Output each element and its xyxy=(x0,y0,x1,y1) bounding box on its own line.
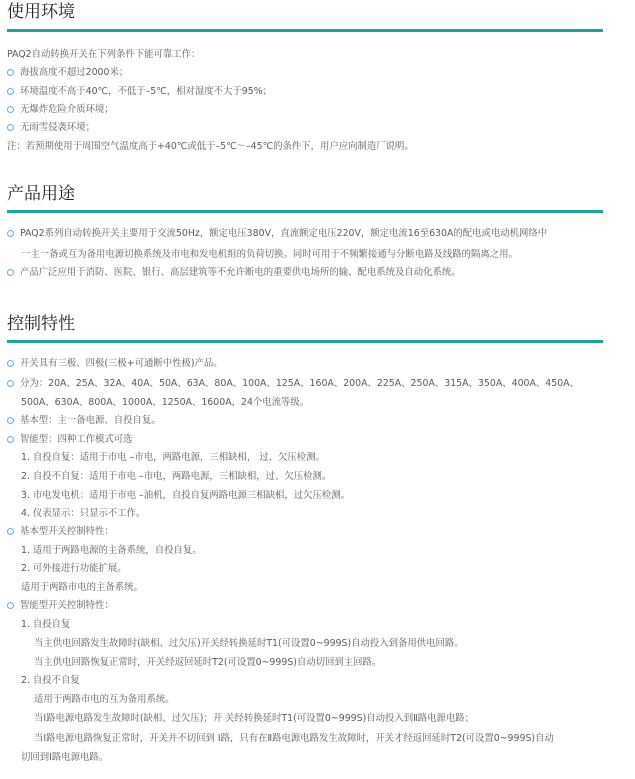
list-item-text: 基本型开关控制特性： xyxy=(20,526,114,537)
list-item: 基本型：主一备电源、自投自复。 xyxy=(7,415,161,427)
circle-bullet-icon xyxy=(7,124,14,131)
circle-bullet-icon xyxy=(7,417,14,424)
circle-bullet-icon xyxy=(7,436,14,443)
list-item-text: 分为：20A、25A、32A、40A、50A、63A、80A、100A、125A… xyxy=(20,378,579,389)
sub-item: 1. 自投自复 xyxy=(21,619,70,631)
sub-item: 2. 自投不自复 xyxy=(21,675,80,687)
list-item-text: PAQ2系列自动转换开关主要用于交流50Hz，额定电压380V，直流额定电压22… xyxy=(20,228,547,239)
section-title: 使用环境 xyxy=(7,2,75,22)
list-item: 智能型开关控制特性： xyxy=(7,600,114,612)
section-divider xyxy=(7,340,603,343)
sub-item-detail: 当Ⅰ路电源电路恢复正常时，开关并不切回到 Ⅰ路，只有在Ⅱ路电源电路发生故障时，开… xyxy=(34,733,554,745)
list-item: 无爆炸危险介质环境； xyxy=(7,104,114,116)
list-item-text: 无雨雪侵袭环境； xyxy=(20,122,95,133)
section-divider xyxy=(7,210,603,213)
list-item: PAQ2系列自动转换开关主要用于交流50Hz，额定电压380V，直流额定电压22… xyxy=(7,228,547,240)
list-item-text: 海拔高度不超过2000米； xyxy=(20,67,128,78)
list-item-text: 无爆炸危险介质环境； xyxy=(20,104,114,115)
sub-item-detail: 当Ⅰ路电源电路发生故障时(缺相、过欠压)；开 关经转换延时T1(可设置0~999… xyxy=(34,713,474,725)
list-item: 无雨雪侵袭环境； xyxy=(7,122,95,134)
circle-bullet-icon xyxy=(7,106,14,113)
list-item-continuation: 一主一备或互为备用电源切换系统及市电和发电机组的负荷切换。同时可用于不频繁接通与… xyxy=(21,249,518,261)
section-title: 产品用途 xyxy=(7,184,75,204)
circle-bullet-icon xyxy=(7,360,14,367)
section-title: 控制特性 xyxy=(7,314,75,334)
sub-item: 2. 可外接进行功能扩展。 xyxy=(21,563,127,575)
sub-item-detail-continuation: 切回到Ⅰ路电源电路。 xyxy=(21,752,108,764)
sub-item: 适用于两路市电的主备系统。 xyxy=(21,582,143,594)
list-item-text: 智能型开关控制特性： xyxy=(20,600,114,611)
circle-bullet-icon xyxy=(7,88,14,95)
note-text: 注：若预期使用于周围空气温度高于+40℃或低于–5℃～–45℃的条件下，用户应向… xyxy=(7,141,414,153)
circle-bullet-icon xyxy=(7,602,14,609)
list-item-text: 产品广泛应用于消防、医院、银行、高层建筑等不允许断电的重要供电场所的输、配电系统… xyxy=(20,267,461,278)
sub-item: 1. 自投自复：适用于市电 –市电，两路电源，三相缺相， 过、欠压检测。 xyxy=(21,452,325,464)
list-item-text: 开关具有三极、四极(三极+可通断中性极)产品。 xyxy=(20,358,223,369)
sub-item: 4. 仪表显示：只显示不工作。 xyxy=(21,508,145,520)
list-item: 开关具有三极、四极(三极+可通断中性极)产品。 xyxy=(7,358,223,370)
sub-item: 3. 市电发电机：适用于市电 –油机，自投自复两路电源三相缺相，过欠压检测。 xyxy=(21,490,350,502)
list-item: 基本型开关控制特性： xyxy=(7,526,114,538)
list-item: 环境温度不高于40℃，不低于–5℃，相对湿度不大于95%； xyxy=(7,86,272,98)
circle-bullet-icon xyxy=(7,69,14,76)
intro-text: PAQ2自动转换开关在下列条件下能可靠工作： xyxy=(7,49,200,61)
circle-bullet-icon xyxy=(7,528,14,535)
list-item: 产品广泛应用于消防、医院、银行、高层建筑等不允许断电的重要供电场所的输、配电系统… xyxy=(7,267,461,279)
sub-item: 2. 自投不自复：适用于市电 –市电，两路电源，三相缺相，过、欠压检测。 xyxy=(21,471,331,483)
section-divider xyxy=(7,29,603,32)
circle-bullet-icon xyxy=(7,230,14,237)
list-item-text: 智能型：四种工作模式可选 xyxy=(20,434,133,445)
sub-item: 1. 适用于两路电源的主备系统，自投自复。 xyxy=(21,545,202,557)
sub-item-detail: 适用于两路市电的互为备用系统。 xyxy=(34,694,175,706)
list-item: 海拔高度不超过2000米； xyxy=(7,67,128,79)
list-item-text: 环境温度不高于40℃，不低于–5℃，相对湿度不大于95%； xyxy=(20,86,272,97)
list-item-continuation: 500A、630A、800A、1000A、1250A、1600A，24个电流等级… xyxy=(21,397,309,409)
sub-item-detail: 当主供电回路发生故障时(缺相、过欠压)开关经转换延时T1(可设置0~999S)自… xyxy=(34,638,464,650)
list-item-text: 基本型：主一备电源、自投自复。 xyxy=(20,415,161,426)
list-item: 智能型：四种工作模式可选 xyxy=(7,434,133,446)
circle-bullet-icon xyxy=(7,269,14,276)
sub-item-detail: 当主供电回路恢复正常时，开关经返回延时T2(可设置0~999S)自动切回到主回路… xyxy=(34,657,381,669)
circle-bullet-icon xyxy=(7,380,14,387)
list-item: 分为：20A、25A、32A、40A、50A、63A、80A、100A、125A… xyxy=(7,378,579,390)
